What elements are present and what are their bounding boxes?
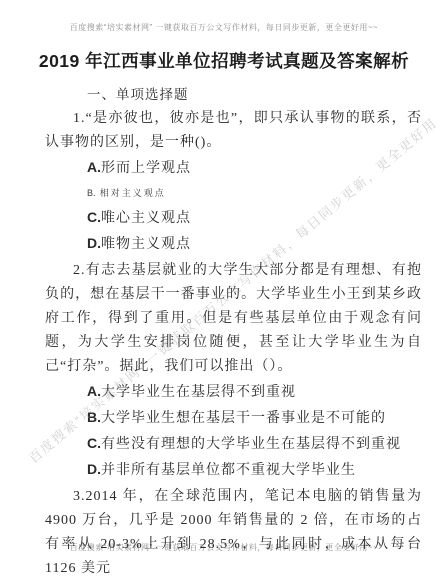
option-label: B. (87, 409, 101, 425)
option-label: A. (87, 159, 101, 175)
promo-header-text: 百度搜索“培实素材网” 一键获取百万公文写作材料，每日同步更新，更全更好用~~ (0, 22, 448, 33)
page-title: 2019 年江西事业单位招聘考试真题及答案解析 (0, 0, 448, 73)
option-label: C. (87, 209, 101, 225)
question-3-stem: 3.2014 年，在全球范围内，笔记本电脑的销售量为 4900 万台，几乎是 2… (45, 485, 422, 580)
option-text: 唯心主义观点 (101, 211, 191, 226)
option-label: D. (87, 235, 101, 251)
option-text: 形而上学观点 (101, 161, 191, 176)
option-text: 唯物主义观点 (101, 237, 191, 252)
option-text: 大学毕业生想在基层干一番事业是不可能的 (101, 411, 386, 426)
document-page: 百度搜索“培实素材网” 一键获取百万公文写作材料，每日同步更新，更全更好用~~ … (0, 0, 448, 580)
option-text: 有些没有理想的大学毕业生在基层得不到重视 (101, 437, 401, 452)
question-2-option-d: D.并非所有基层单位都不重视大学毕业生 (87, 457, 422, 483)
option-label: A. (87, 383, 101, 399)
question-1-stem: 1.“是亦彼也，彼亦是也”，即只承认事物的联系，否认事物的区别，是一种()。 (45, 107, 422, 155)
question-2-option-c: C.有些没有理想的大学毕业生在基层得不到重视 (87, 431, 422, 457)
option-text: 并非所有基层单位都不重视大学毕业生 (101, 463, 356, 478)
option-label: B. (87, 188, 96, 198)
question-2-options: A.大学毕业生在基层得不到重视 B.大学毕业生想在基层干一番事业是不可能的 C.… (87, 379, 422, 483)
option-text: 大学毕业生在基层得不到重视 (101, 385, 296, 400)
section-heading: 一、单项选择题 (87, 85, 422, 105)
question-1-option-c: C.唯心主义观点 (87, 205, 422, 231)
question-1-option-b: B. 相对主义观点 (87, 181, 422, 205)
option-label: C. (87, 435, 101, 451)
question-2-stem: 2.有志去基层就业的大学生大部分都是有理想、有抱负的，想在基层干一番事业的。大学… (45, 259, 422, 379)
option-label: D. (87, 461, 101, 477)
question-1-option-d: D.唯物主义观点 (87, 231, 422, 257)
question-2-option-a: A.大学毕业生在基层得不到重视 (87, 379, 422, 405)
question-1-option-a: A.形而上学观点 (87, 155, 422, 181)
document-content: 一、单项选择题 1.“是亦彼也，彼亦是也”，即只承认事物的联系，否认事物的区别，… (0, 85, 448, 580)
question-1-options: A.形而上学观点 B. 相对主义观点 C.唯心主义观点 D.唯物主义观点 (87, 155, 422, 257)
option-text: 相对主义观点 (100, 188, 166, 198)
question-2-option-b: B.大学毕业生想在基层干一番事业是不可能的 (87, 405, 422, 431)
